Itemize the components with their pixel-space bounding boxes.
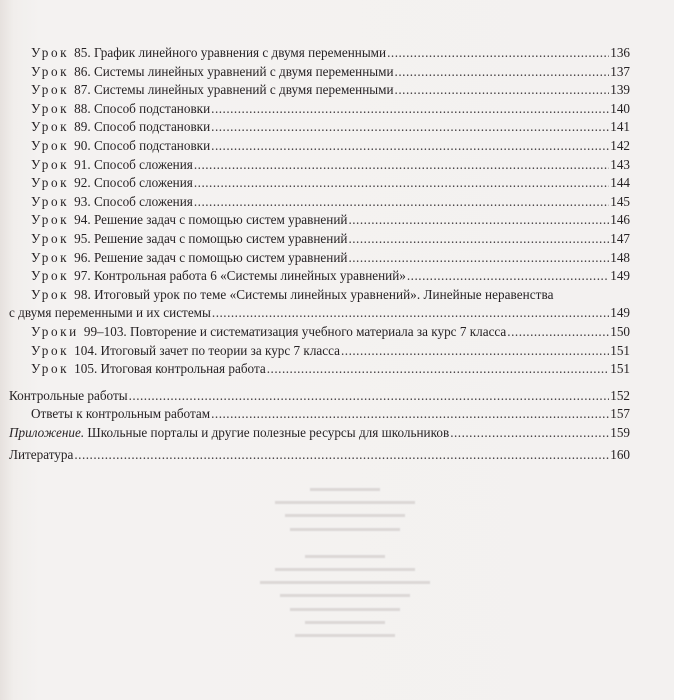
page-number: 140 xyxy=(610,100,630,119)
leader-dots xyxy=(129,387,610,406)
lesson-title: Способ подстановки xyxy=(94,138,210,153)
toc-entry-lesson-98-cont: с двумя переменными и их системы 149 xyxy=(9,304,630,323)
lesson-title: Итоговая контрольная работа xyxy=(101,361,266,376)
lesson-number: 89. xyxy=(74,119,90,134)
page-number: 148 xyxy=(610,249,630,268)
section-title: Школьные порталы и другие полезные ресур… xyxy=(87,425,449,440)
leader-dots xyxy=(341,342,609,361)
lesson-number: 95. xyxy=(74,231,90,246)
leader-dots xyxy=(211,137,609,156)
lesson-word: Урок xyxy=(31,101,69,116)
page-number: 136 xyxy=(610,44,630,63)
page-number: 147 xyxy=(610,230,630,249)
page-number: 139 xyxy=(610,81,630,100)
page-number: 150 xyxy=(610,323,630,342)
leader-dots xyxy=(211,100,609,119)
lesson-word: Урок xyxy=(31,175,69,190)
lesson-title: Итоговый зачет по теории за курс 7 класс… xyxy=(101,343,340,358)
section-title: Литература xyxy=(9,446,73,465)
leader-dots xyxy=(348,230,609,249)
toc-entry-control-works: Контрольные работы 152 xyxy=(9,387,630,406)
lesson-number: 96. xyxy=(74,250,90,265)
lesson-title: Контрольная работа 6 «Системы линейных у… xyxy=(94,268,406,283)
lesson-word: Урок xyxy=(31,119,69,134)
page-number: 152 xyxy=(610,387,630,406)
lesson-number: 105. xyxy=(74,361,97,376)
leader-dots xyxy=(407,267,609,286)
toc-entry-lesson-105: Урок105. Итоговая контрольная работа 151 xyxy=(9,360,630,379)
appendix-label: Приложение. xyxy=(9,425,84,440)
lesson-word: Урок xyxy=(31,250,69,265)
leader-dots xyxy=(395,63,610,82)
toc-entry-lesson: Урок87. Системы линейных уравнений с дву… xyxy=(9,81,630,100)
lesson-word: Урок xyxy=(31,64,69,79)
lesson-word: Урок xyxy=(31,82,69,97)
leader-dots xyxy=(387,44,609,63)
leader-dots xyxy=(267,360,609,379)
page-number: 149 xyxy=(610,304,630,323)
leader-dots xyxy=(212,304,609,323)
lesson-title: График линейного уравнения с двумя перем… xyxy=(94,45,386,60)
lesson-number: 90. xyxy=(74,138,90,153)
toc-entry-lesson-104: Урок104. Итоговый зачет по теории за кур… xyxy=(9,342,630,361)
page-number: 145 xyxy=(610,193,630,212)
leader-dots xyxy=(74,446,609,465)
toc-entry-lesson: Урок94. Решение задач с помощью систем у… xyxy=(9,211,630,230)
lesson-number: 87. xyxy=(74,82,90,97)
leader-dots xyxy=(194,156,609,175)
page-number: 151 xyxy=(610,360,630,379)
lesson-word: Урок xyxy=(31,138,69,153)
lesson-number: 92. xyxy=(74,175,90,190)
page-number: 141 xyxy=(610,118,630,137)
lesson-word: Урок xyxy=(31,157,69,172)
lesson-number: 97. xyxy=(74,268,90,283)
lesson-title: Повторение и систематизация учебного мат… xyxy=(130,324,506,339)
toc-entry-lesson: Урок85. График линейного уравнения с дву… xyxy=(9,44,630,63)
toc-entry-lesson: Урок93. Способ сложения145 xyxy=(9,193,630,212)
lesson-title: Способ подстановки xyxy=(94,101,210,116)
lesson-number: 94. xyxy=(74,212,90,227)
toc-entry-lesson: Урок97. Контрольная работа 6 «Системы ли… xyxy=(9,267,630,286)
page-number: 149 xyxy=(610,267,630,286)
lesson-word: Урок xyxy=(31,194,69,209)
lesson-number: 85. xyxy=(74,45,90,60)
lesson-title: Системы линейных уравнений с двумя перем… xyxy=(94,64,394,79)
page-number: 157 xyxy=(610,405,630,424)
leader-dots xyxy=(348,211,609,230)
toc-entry-lesson: Урок91. Способ сложения143 xyxy=(9,156,630,175)
lesson-title: Решение задач с помощью систем уравнений xyxy=(94,231,348,246)
lesson-number: 86. xyxy=(74,64,90,79)
lesson-number: 99–103. xyxy=(84,324,127,339)
lesson-word: Урок xyxy=(31,343,69,358)
toc-entry-lesson: Урок89. Способ подстановки141 xyxy=(9,118,630,137)
leader-dots xyxy=(194,193,609,212)
page-number: 144 xyxy=(610,174,630,193)
page-number: 160 xyxy=(610,446,630,465)
leader-dots xyxy=(507,323,609,342)
leader-dots xyxy=(211,405,609,424)
lesson-title: Способ сложения xyxy=(94,175,193,190)
section-title: Ответы к контрольным работам xyxy=(31,405,210,424)
toc-entry-lesson: Урок90. Способ подстановки142 xyxy=(9,137,630,156)
toc-entry-lessons-99-103: Уроки99–103. Повторение и систематизация… xyxy=(9,323,630,342)
leader-dots xyxy=(348,249,609,268)
lesson-number: 98. xyxy=(74,287,91,302)
page-number: 151 xyxy=(610,342,630,361)
lesson-title: Решение задач с помощью систем уравнений xyxy=(94,212,348,227)
lesson-title: Способ сложения xyxy=(94,194,193,209)
page-number: 159 xyxy=(610,424,630,443)
toc-entry-lesson: Урок92. Способ сложения144 xyxy=(9,174,630,193)
lesson-number: 88. xyxy=(74,101,90,116)
bleed-through-texture: ▬▬▬▬▬▬▬ ▬▬▬▬▬▬▬▬▬▬▬▬▬▬ ▬▬▬▬▬▬▬▬▬▬▬▬ ▬▬▬▬… xyxy=(230,482,460,641)
page-number: 142 xyxy=(610,137,630,156)
lesson-title: Способ сложения xyxy=(94,157,193,172)
toc-entry-lesson-98: Урок98. Итоговый урок по теме «Системы л… xyxy=(9,286,630,305)
toc-entry-answers: Ответы к контрольным работам 157 xyxy=(9,405,630,424)
toc-entry-appendix: Приложение. Школьные порталы и другие по… xyxy=(9,424,630,443)
lesson-title: Способ подстановки xyxy=(94,119,210,134)
toc-entry-lesson: Урок95. Решение задач с помощью систем у… xyxy=(9,230,630,249)
lesson-word: Урок xyxy=(31,231,69,246)
lesson-title-line1: Итоговый урок по теме «Системы линейных … xyxy=(94,287,553,302)
lesson-number: 93. xyxy=(74,194,90,209)
lesson-title: Решение задач с помощью систем уравнений xyxy=(94,250,348,265)
lesson-word: Урок xyxy=(31,212,69,227)
page-number: 143 xyxy=(610,156,630,175)
leader-dots xyxy=(211,118,609,137)
page-number: 137 xyxy=(610,63,630,82)
lesson-word: Урок xyxy=(31,45,69,60)
toc-entry-lesson: Урок86. Системы линейных уравнений с дву… xyxy=(9,63,630,82)
lesson-word: Урок xyxy=(31,361,69,376)
table-of-contents: Урок85. График линейного уравнения с дву… xyxy=(9,44,630,465)
leader-dots xyxy=(194,174,609,193)
toc-entry-literature: Литература 160 xyxy=(9,446,630,465)
toc-entry-lesson: Урок96. Решение задач с помощью систем у… xyxy=(9,249,630,268)
lessons-word: Уроки xyxy=(31,324,79,339)
leader-dots xyxy=(395,81,610,100)
section-title: Контрольные работы xyxy=(9,387,128,406)
lesson-title: Системы линейных уравнений с двумя перем… xyxy=(94,82,394,97)
lesson-number: 91. xyxy=(74,157,90,172)
toc-entry-lesson: Урок88. Способ подстановки140 xyxy=(9,100,630,119)
lesson-word: Урок xyxy=(31,287,69,302)
lesson-list: Урок85. График линейного уравнения с дву… xyxy=(9,44,630,286)
lesson-title-line2: с двумя переменными и их системы xyxy=(9,304,211,323)
leader-dots xyxy=(450,424,609,443)
lesson-number: 104. xyxy=(74,343,97,358)
lesson-word: Урок xyxy=(31,268,69,283)
page-number: 146 xyxy=(610,211,630,230)
